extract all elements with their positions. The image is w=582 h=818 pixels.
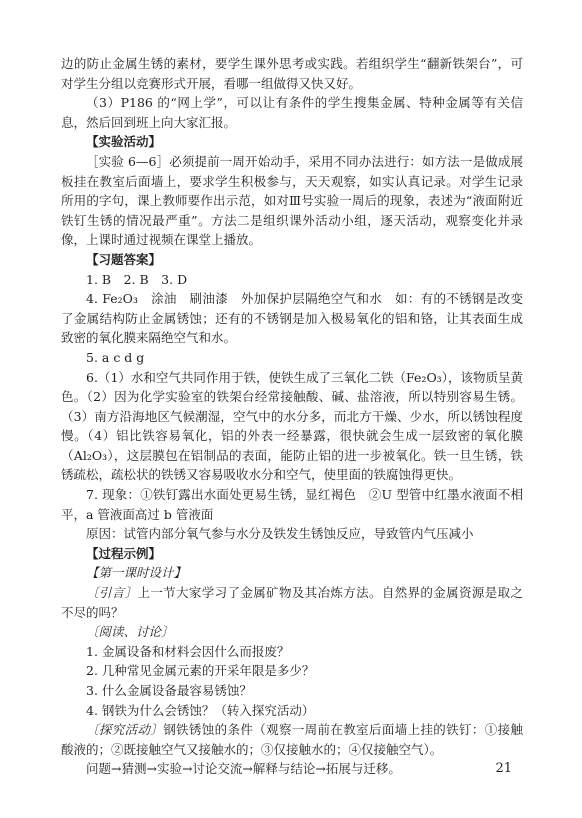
- section-header-first-lesson-design: 【第一课时设计】: [61, 563, 523, 583]
- document-page: 边的防止金属生锈的素材，要学生课外思考或实践。若组织学生“翻新铁架台”，可对学生…: [0, 0, 582, 818]
- discussion-question-4: 4. 钢铁为什么会锈蚀？（转入探究活动）: [61, 701, 523, 721]
- page-content: 边的防止金属生锈的素材，要学生课外思考或实践。若组织学生“翻新铁架台”，可对学生…: [61, 54, 523, 779]
- answer-1-2-3: 1. B 2. B 3. D: [61, 270, 523, 290]
- paragraph-introduction: 〔引言〕上一节大家学习了金属矿物及其冶炼方法。自然界的金属资源是取之不尽的吗？: [61, 583, 523, 622]
- paragraph-process-flow: 问题→猜测→实验→讨论交流→解释与结论→拓展与迁移。: [61, 759, 523, 779]
- label-inquiry-activity: 〔探究活动〕: [86, 722, 163, 737]
- answer-7-phenomenon: 7. 现象：①铁钉露出水面处更易生锈，显红褐色 ②U 型管中红墨水液面不相平，a…: [61, 485, 523, 524]
- answer-5: 5. a c d g: [61, 348, 523, 368]
- answer-6: 6.（1）水和空气共同作用于铁，使铁生成了三氧化二铁（Fe₂O₃），该物质呈黄色…: [61, 368, 523, 486]
- page-number: 21: [495, 761, 512, 776]
- section-header-process-example: 【过程示例】: [61, 544, 523, 564]
- paragraph-continuation: 边的防止金属生锈的素材，要学生课外思考或实践。若组织学生“翻新铁架台”，可对学生…: [61, 54, 523, 93]
- section-header-exercise-answers: 【习题答案】: [61, 250, 523, 270]
- paragraph-experiment-6-6: ［实验 6—6］必须提前一周开始动手，采用不同办法进行：如方法一是做成展板挂在教…: [61, 152, 523, 250]
- label-introduction: 〔引言〕: [86, 585, 137, 600]
- answer-4: 4. Fe₂O₃ 涂油 刷油漆 外加保护层隔绝空气和水 如：有的不锈钢是改变了金…: [61, 289, 523, 348]
- paragraph-inquiry-activity: 〔探究活动〕钢铁锈蚀的条件（观察一周前在教室后面墙上挂的铁钉：①接触酸液的；②既…: [61, 720, 523, 759]
- discussion-question-1: 1. 金属设备和材料会因什么而报废？: [61, 642, 523, 662]
- discussion-question-3: 3. 什么金属设备最容易锈蚀？: [61, 681, 523, 701]
- answer-7-reason: 原因：试管内部分氧气参与水分及铁发生锈蚀反应，导致管内气压减小: [61, 524, 523, 544]
- discussion-question-2: 2. 几种常见金属元素的开采年限是多少？: [61, 661, 523, 681]
- paragraph-point3: （3）P186 的“网上学”，可以让有条件的学生搜集金属、特种金属等有关信息，然…: [61, 93, 523, 132]
- label-reading-discussion: 〔阅读、讨论〕: [61, 622, 523, 642]
- section-header-experiment-activity: 【实验活动】: [61, 132, 523, 152]
